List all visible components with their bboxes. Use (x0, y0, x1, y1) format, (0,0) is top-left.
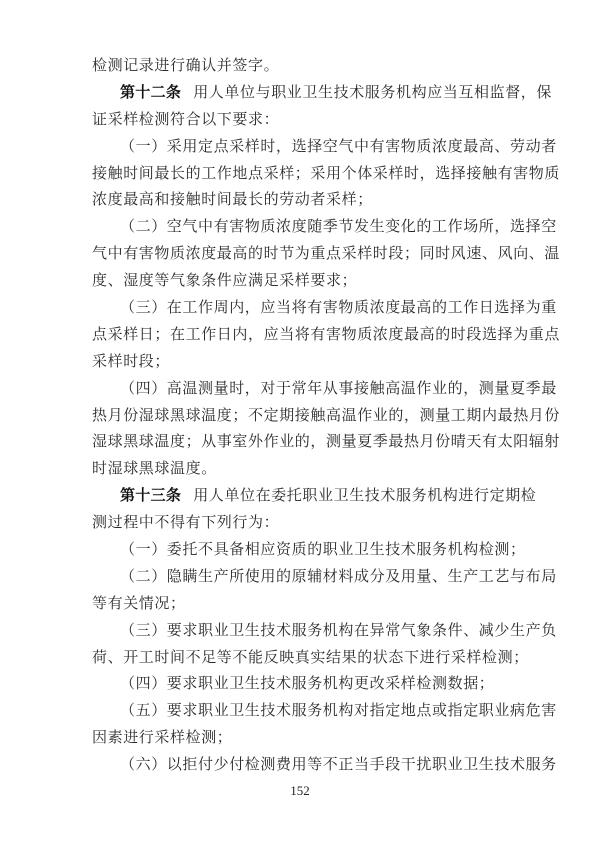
text-line: （六）以拒付少付检测费用等不正当手段干扰职业卫生技术服务 (92, 751, 508, 778)
text-line: （四）要求职业卫生技术服务机构更改采样检测数据； (92, 670, 508, 697)
text-line: （三）在工作周内，应当将有害物质浓度最高的工作日选择为重 (92, 294, 508, 321)
text-span: 用人单位在委托职业卫生技术服务机构进行定期检 (193, 486, 536, 504)
text-line: 等有关情况； (92, 590, 508, 617)
article-12-line: 第十二条用人单位与职业卫生技术服务机构应当互相监督，保 (92, 79, 508, 106)
text-line: 度、湿度等气象条件应满足采样要求； (92, 267, 508, 294)
text-span: 用人单位与职业卫生技术服务机构应当互相监督，保 (193, 83, 552, 101)
text-line: 湿球黑球温度；从事室外作业的，测量夏季最热月份晴天有太阳辐射 (92, 428, 508, 455)
text-line: 浓度最高和接触时间最长的劳动者采样； (92, 186, 508, 213)
text-line: 时湿球黑球温度。 (92, 455, 508, 482)
text-line: （二）隐瞒生产所使用的原辅材料成分及用量、生产工艺与布局 (92, 563, 508, 590)
article-13-line: 第十三条用人单位在委托职业卫生技术服务机构进行定期检 (92, 482, 508, 509)
article-heading: 第十二条 (120, 83, 181, 101)
page-number: 152 (0, 783, 600, 799)
text-line: 接触时间最长的工作地点采样；采用个体采样时，选择接触有害物质 (92, 160, 508, 187)
text-line: （二）空气中有害物质浓度随季节发生变化的工作场所，选择空 (92, 213, 508, 240)
text-line: 采样时段； (92, 348, 508, 375)
text-line: 热月份湿球黑球温度；不定期接触高温作业的，测量工期内最热月份 (92, 402, 508, 429)
text-line: 证采样检测符合以下要求： (92, 106, 508, 133)
text-line: 检测记录进行确认并签字。 (92, 52, 508, 79)
text-line: 气中有害物质浓度最高的时节为重点采样时段；同时风速、风向、温 (92, 240, 508, 267)
text-line: 荷、开工时间不足等不能反映真实结果的状态下进行采样检测； (92, 644, 508, 671)
text-line: 测过程中不得有下列行为： (92, 509, 508, 536)
text-line: （四）高温测量时，对于常年从事接触高温作业的，测量夏季最 (92, 375, 508, 402)
text-line: （一）委托不具备相应资质的职业卫生技术服务机构检测； (92, 536, 508, 563)
text-line: （三）要求职业卫生技术服务机构在异常气象条件、减少生产负 (92, 617, 508, 644)
document-body: 检测记录进行确认并签字。 第十二条用人单位与职业卫生技术服务机构应当互相监督，保… (92, 52, 508, 778)
text-line: （一）采用定点采样时，选择空气中有害物质浓度最高、劳动者 (92, 133, 508, 160)
text-line: （五）要求职业卫生技术服务机构对指定地点或指定职业病危害 (92, 697, 508, 724)
text-line: 点采样日；在工作日内，应当将有害物质浓度最高的时段选择为重点 (92, 321, 508, 348)
text-line: 因素进行采样检测； (92, 724, 508, 751)
article-heading: 第十三条 (120, 486, 181, 504)
